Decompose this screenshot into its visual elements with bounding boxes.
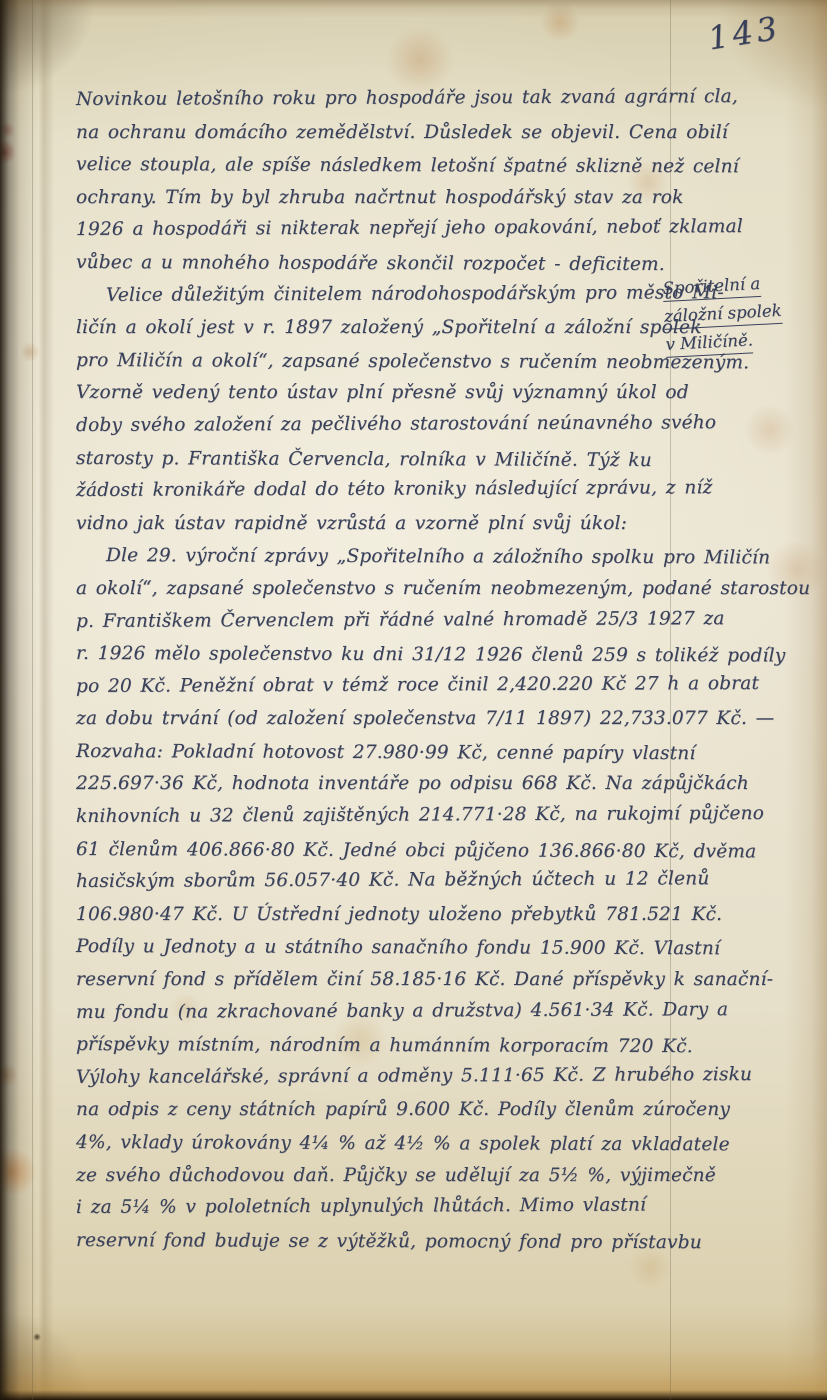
handwritten-line: reservní fond s přídělem činí 58.185·16 … bbox=[76, 964, 696, 997]
handwritten-line: reservní fond buduje se z výtěžků, pomoc… bbox=[76, 1225, 696, 1260]
margin-note-line: záložní spolek bbox=[663, 298, 782, 330]
handwritten-line: hasičským sborům 56.057·40 Kč. Na běžnýc… bbox=[76, 864, 696, 899]
handwritten-line: mu fondu (na zkrachované banky a družstv… bbox=[76, 994, 696, 1029]
handwritten-line: a okolí“, zapsané společenstvo s ručením… bbox=[76, 573, 696, 606]
handwritten-line: Vzorně vedený tento ústav plní přesně sv… bbox=[76, 377, 696, 410]
handwritten-line: p. Františkem Červenclem při řádné valné… bbox=[76, 603, 696, 638]
handwritten-line: Podíly u Jednoty a u státního sanačního … bbox=[76, 931, 696, 966]
handwritten-line: ze svého důchodovou daň. Půjčky se udělu… bbox=[76, 1160, 696, 1193]
handwritten-text-block: Novinkou letošního roku pro hospodáře js… bbox=[76, 84, 696, 1257]
handwritten-line: i za 5¼ % v pololetních uplynulých lhůtá… bbox=[76, 1189, 696, 1224]
handwritten-line: Dle 29. výroční zprávy „Spořitelního a z… bbox=[76, 540, 696, 575]
handwritten-line: ochrany. Tím by byl zhruba načrtnut hosp… bbox=[76, 182, 696, 215]
handwritten-line: Velice důležitým činitelem národohospodá… bbox=[76, 277, 696, 312]
handwritten-line: žádosti kronikáře dodal do této kroniky … bbox=[76, 472, 696, 507]
handwritten-line: na odpis z ceny státních papírů 9.600 Kč… bbox=[76, 1094, 696, 1127]
handwritten-line: vidno jak ústav rapidně vzrůstá a vzorně… bbox=[76, 508, 696, 541]
handwritten-line: na ochranu domácího zemědělství. Důslede… bbox=[76, 117, 696, 150]
handwritten-line: velice stoupla, ale spíše následkem leto… bbox=[76, 149, 696, 184]
handwritten-line: doby svého založení za pečlivého starost… bbox=[76, 407, 696, 442]
handwritten-line: vůbec a u mnohého hospodáře skončil rozp… bbox=[76, 247, 696, 282]
margin-rule-left bbox=[32, 0, 33, 1400]
handwritten-line: knihovních u 32 členů zajištěných 214.77… bbox=[76, 798, 696, 833]
handwritten-line: Novinkou letošního roku pro hospodáře js… bbox=[76, 81, 696, 116]
handwritten-line: ličín a okolí jest v r. 1897 založený „S… bbox=[76, 312, 696, 345]
handwritten-line: za dobu trvání (od založení společenstva… bbox=[76, 703, 696, 736]
handwritten-line: Výlohy kancelářské, správní a odměny 5.1… bbox=[76, 1059, 696, 1094]
margin-note-line: v Miličíně. bbox=[665, 327, 754, 358]
handwritten-line: 1926 a hospodáři si nikterak nepřejí jeh… bbox=[76, 212, 696, 247]
margin-note-line: Spořitelní a bbox=[662, 271, 761, 302]
handwritten-line: r. 1926 mělo společenstvo ku dni 31/12 1… bbox=[76, 638, 696, 673]
handwritten-line: Rozvaha: Pokladní hotovost 27.980·99 Kč,… bbox=[76, 736, 696, 771]
handwritten-line: 225.697·36 Kč, hodnota inventáře po odpi… bbox=[76, 768, 696, 801]
handwritten-line: pro Miličín a okolí“, zapsané společenst… bbox=[76, 345, 696, 380]
margin-note: Spořitelní azáložní spolekv Miličíně. bbox=[662, 268, 816, 360]
handwritten-line: 4%, vklady úrokovány 4¼ % až 4½ % a spol… bbox=[76, 1127, 696, 1162]
handwritten-line: 106.980·47 Kč. U Ústřední jednoty uložen… bbox=[76, 899, 696, 932]
handwritten-line: po 20 Kč. Peněžní obrat v témž roce čini… bbox=[76, 668, 696, 703]
chronicle-page: 143 Novinkou letošního roku pro hospodář… bbox=[0, 0, 827, 1400]
